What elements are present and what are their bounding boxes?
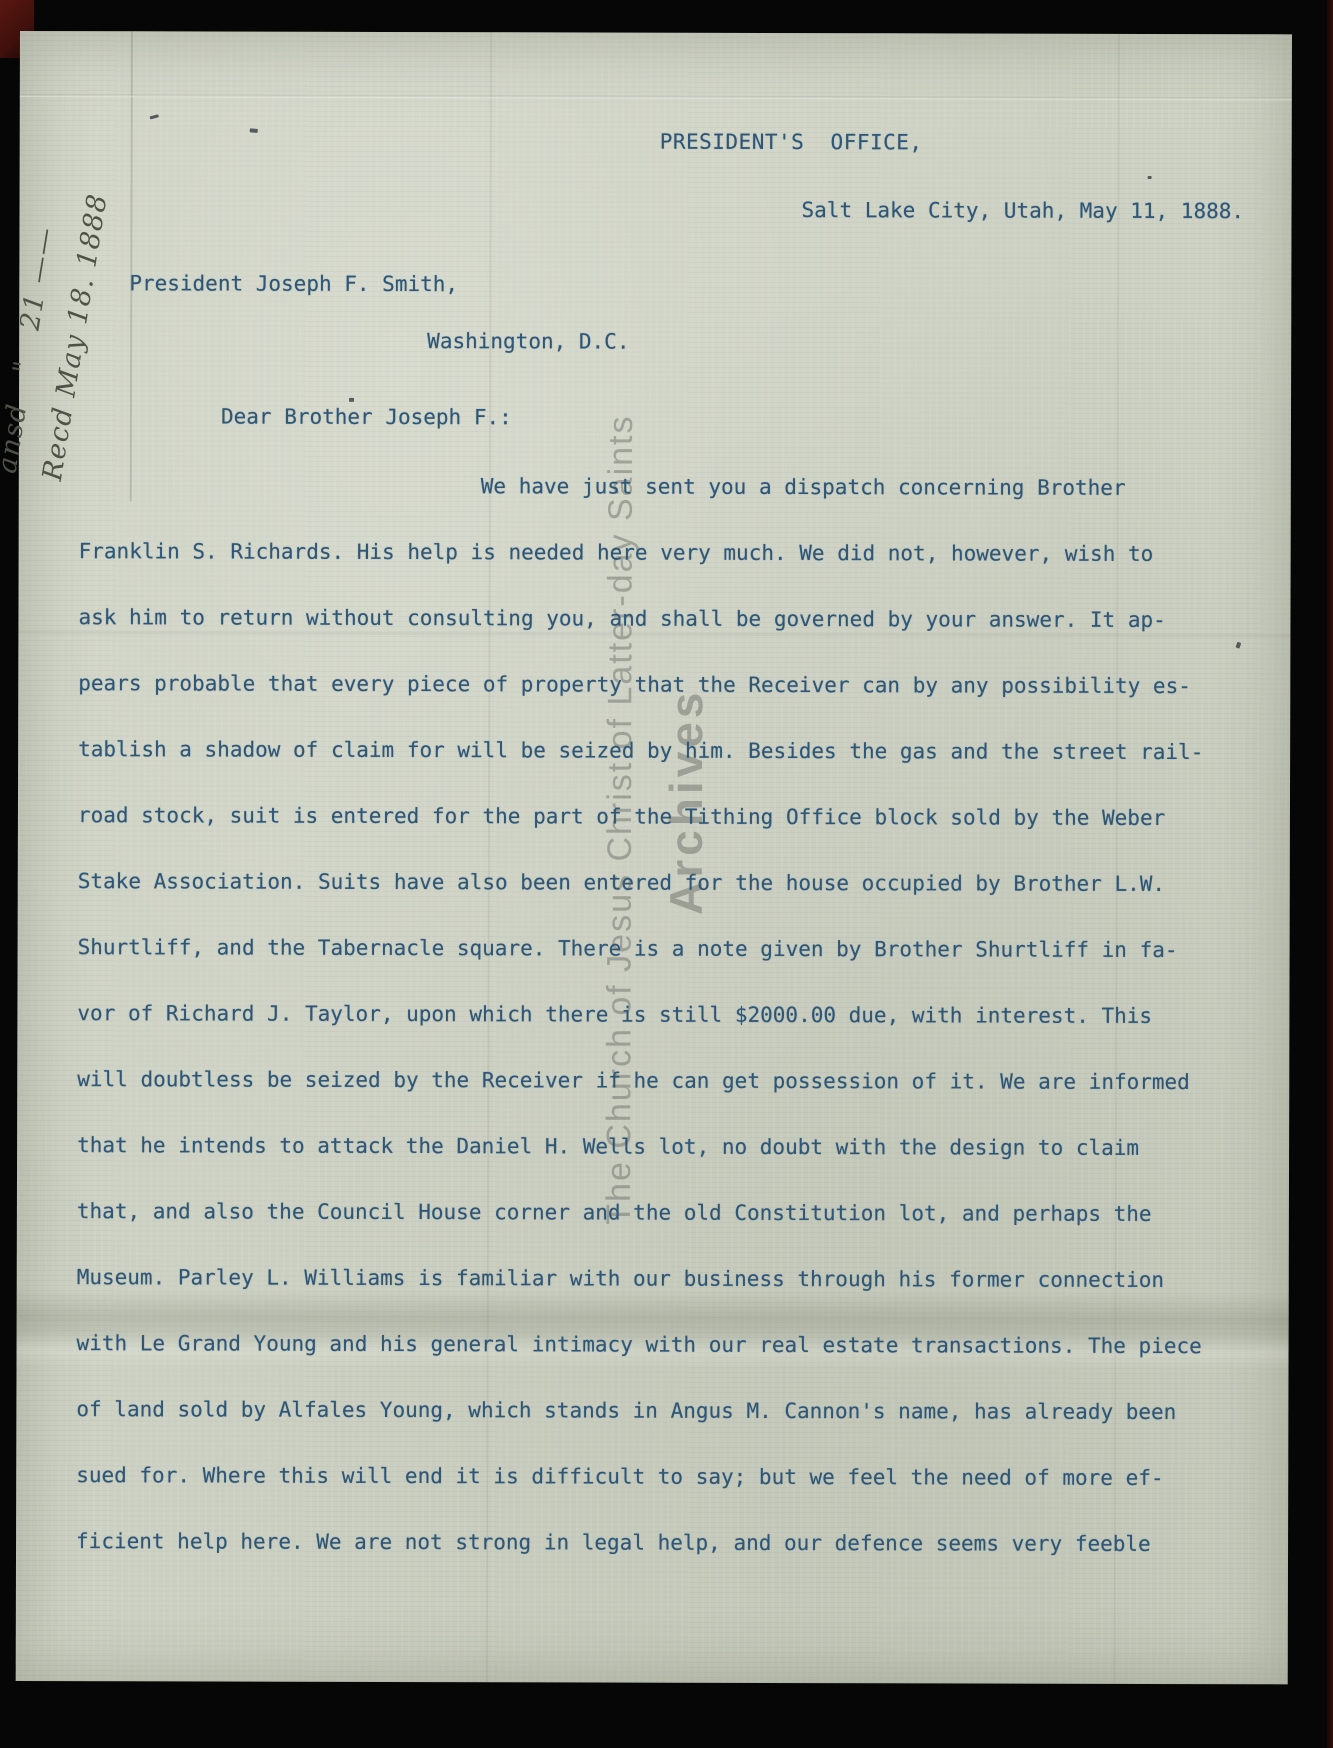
letter-body-line: Stake Association. Suits have also been … — [78, 868, 1165, 897]
ink-speck — [150, 114, 159, 119]
recipient-location: Washington, D.C. — [427, 328, 629, 355]
letter-page: The Church of Jesus Christ of Latter-day… — [16, 31, 1292, 1684]
letter-body-line: Franklin S. Richards. His help is needed… — [79, 538, 1154, 567]
letter-body-line: tablish a shadow of claim for will be se… — [78, 736, 1203, 765]
scan-edge-artifact — [1327, 0, 1333, 1748]
letter-body-line: ficient help here. We are not strong in … — [76, 1528, 1151, 1557]
paper-crease-horizontal — [20, 94, 1292, 100]
ink-speck — [250, 128, 258, 133]
letter-body-line: sued for. Where this will end it is diff… — [76, 1462, 1163, 1491]
ink-speck — [349, 398, 354, 402]
salutation: Dear Brother Joseph F.: — [221, 404, 512, 431]
letter-body-line: that, and also the Council House corner … — [77, 1198, 1152, 1227]
ink-speck — [1148, 176, 1152, 179]
scanned-letter: The Church of Jesus Christ of Latter-day… — [0, 0, 1333, 1748]
recipient-name: President Joseph F. Smith, — [129, 270, 458, 297]
letter-body: We have just sent you a dispatch concern… — [16, 472, 1291, 1675]
letter-body-line: Shurtliff, and the Tabernacle square. Th… — [78, 934, 1178, 963]
letter-body-line: of land sold by Alfales Young, which sta… — [76, 1396, 1176, 1425]
letter-body-line: that he intends to attack the Daniel H. … — [77, 1132, 1139, 1161]
letter-body-line: with Le Grand Young and his general inti… — [77, 1330, 1202, 1359]
letter-body-line: pears probable that every piece of prope… — [78, 670, 1191, 699]
letter-body-line: will doubtless be seized by the Receiver… — [77, 1066, 1190, 1095]
letter-body-line: ask him to return without consulting you… — [78, 604, 1165, 633]
letter-body-line: We have just sent you a dispatch concern… — [481, 473, 1126, 501]
letterhead-dateline: Salt Lake City, Utah, May 11, 1888. — [801, 197, 1244, 224]
letter-body-line: road stock, suit is entered for the part… — [78, 802, 1165, 831]
received-annotation: ansd " 21 ——Recd May 18. 1888 — [0, 55, 150, 486]
letter-body-line: vor of Richard J. Taylor, upon which the… — [77, 1000, 1152, 1029]
letter-body-line: Museum. Parley L. Williams is familiar w… — [77, 1264, 1164, 1293]
letterhead-office: PRESIDENT'S OFFICE, — [660, 129, 923, 156]
